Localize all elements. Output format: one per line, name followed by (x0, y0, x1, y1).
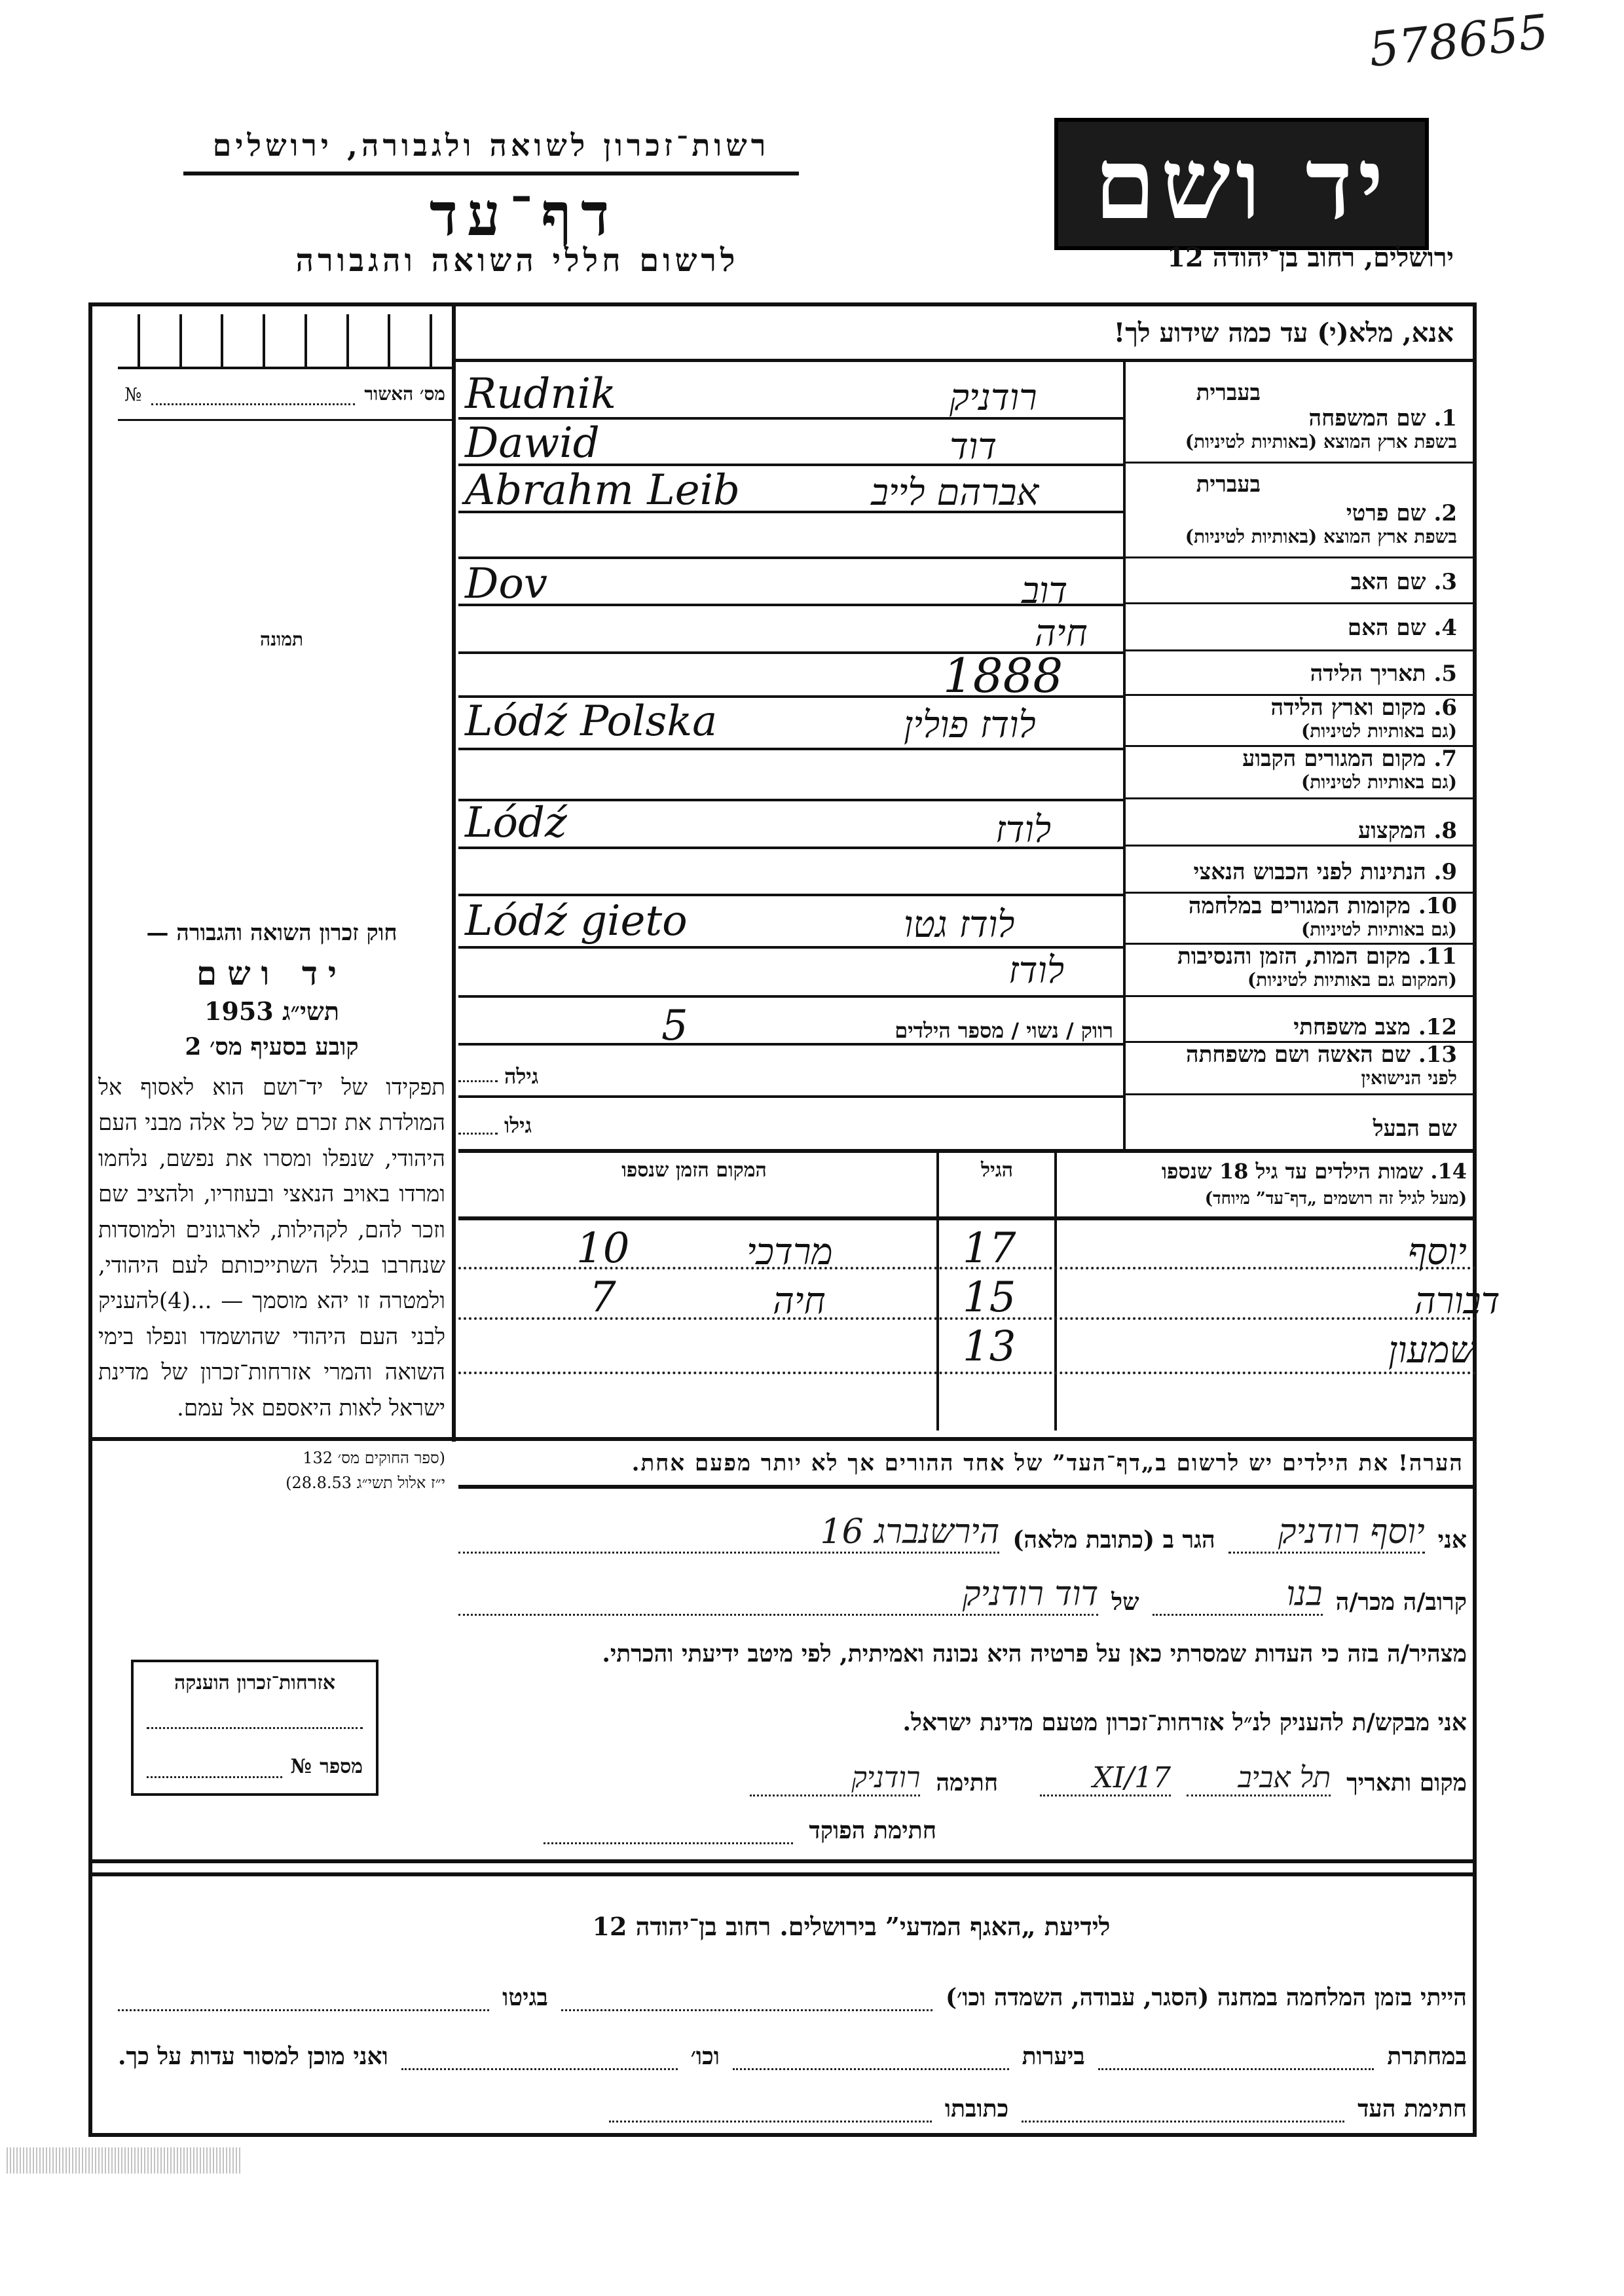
row-line (458, 1095, 1123, 1098)
field-number: 2. (1433, 500, 1457, 526)
row-line (458, 748, 1123, 750)
children-table-title: 14. שמות הילדים עד גיל 18 שנספו (מעל לגי… (1061, 1159, 1467, 1209)
declarant-prefix: אני (1438, 1526, 1467, 1554)
field-label-text: תאריך הלידה (1310, 661, 1426, 687)
row-line (458, 894, 1123, 896)
ghetto-label: בגיטו (502, 1984, 548, 2011)
row-line (458, 1372, 1477, 1374)
row-line (458, 556, 1123, 559)
row-line (458, 604, 1123, 606)
stamp-number-field[interactable] (147, 1763, 282, 1778)
place-date-row: מקום ותאריך תל אביב 17/XI חתימה רודניק (458, 1761, 1467, 1796)
divider (118, 419, 452, 421)
approval-number-field[interactable] (151, 384, 356, 405)
address-label: הגר ב (כתובת מלאה) (1012, 1526, 1215, 1554)
law-reference: (ספר החוקים מס׳ 132 י״ז אלול תשי״ג 28.8.… (98, 1446, 445, 1496)
child-1-place[interactable]: מרדכי (747, 1231, 833, 1273)
etc-label: וכו׳ (691, 2043, 720, 2070)
photo-area[interactable] (118, 426, 445, 903)
law-reference-line: י״ז אלול תשי״ג 28.8.53) (98, 1470, 445, 1495)
field-6-label: 6. מקום וארץ הלידה (גם באותיות לטיניות) (1130, 695, 1457, 742)
reference-number: 578655 (1366, 4, 1551, 77)
field-number: 12. (1418, 1014, 1457, 1040)
forests-label: ביערות (1022, 2043, 1085, 2070)
divider (936, 1149, 939, 1430)
divider (456, 359, 1477, 362)
request-text: אני מבקש/ת להעניק לנ״ל אזרחות־זכרון מטעם… (458, 1709, 1467, 1736)
field-label-text: שם פרטי (1346, 500, 1426, 526)
relation-label: קרוב/ה מכר/ה (1336, 1588, 1467, 1616)
field-number: 13. (1418, 1042, 1457, 1068)
number-symbol: № (124, 384, 142, 405)
address: ירושלים, רחוב בן־יהודה 12 (1061, 242, 1454, 273)
declarant-row: אני יוסף רודניק הגר ב (כתובת מלאה) הירשנ… (458, 1512, 1467, 1554)
divider (458, 1485, 1477, 1489)
law-year: תשי״ג 1953 (98, 996, 445, 1027)
field-9-label: 9. הנתינות לפני הכבוש הנאצי (1130, 860, 1457, 885)
divider (88, 1859, 1477, 1863)
digit-divider (221, 314, 223, 367)
place-field[interactable]: תל אביב (1187, 1761, 1331, 1796)
witness-underground-row: במחתרת ביערות וכו׳ ואני מוכן למסור עדות … (118, 2043, 1467, 2070)
officer-signature-field[interactable] (544, 1819, 793, 1844)
digit-divider (304, 314, 307, 367)
divider (1126, 995, 1473, 997)
profession-field[interactable] (458, 848, 1123, 887)
child-1-age[interactable]: 17 (963, 1224, 1016, 1273)
field-number: 5. (1433, 661, 1457, 687)
birthplace-hebrew-value[interactable]: לודז פולין (904, 704, 1036, 746)
field-number: 10. (1418, 893, 1457, 919)
field-number: 4. (1433, 615, 1457, 641)
field-sublabel: (המקום גם באותיות לטיניות) (1130, 970, 1457, 991)
field-label-text: שם הבעל (1373, 1116, 1457, 1142)
stamp-number-label: מספר (320, 1755, 363, 1778)
ghetto-field[interactable] (118, 1990, 489, 2011)
witness-camp-row: הייתי בזמן המלחמה במחנה (הסגר, עבודה, הש… (118, 1984, 1467, 2011)
child-3-name[interactable]: שמעון (1388, 1329, 1475, 1372)
field-label-text: המקצוע (1358, 818, 1426, 844)
stamp-box-title: אזרחות־זכרון הוענקה (134, 1671, 376, 1694)
child-3-age[interactable]: 13 (963, 1322, 1016, 1371)
children-title-text: 14. שמות הילדים עד גיל 18 שנספו (1061, 1159, 1467, 1184)
camp-label: הייתי בזמן המלחמה במחנה (הסגר, עבודה, הש… (946, 1984, 1467, 2011)
field-label-text: שם המשפחה (1309, 405, 1426, 431)
divider (118, 367, 452, 369)
approval-number-row: № מס׳ האשור (124, 383, 445, 405)
column-header-age: הגיל (943, 1159, 1051, 1182)
child-2-age[interactable]: 15 (963, 1273, 1016, 1322)
digit-divider (388, 314, 390, 367)
field-3-label: 3. שם האב (1130, 570, 1457, 595)
officer-signature-label: חתימת הפוקד (809, 1817, 936, 1844)
digit-divider (138, 314, 140, 367)
first-name-hebrew-value[interactable]: דוד (950, 426, 997, 468)
date-field[interactable]: 17/XI (1040, 1761, 1171, 1796)
place-date-label: מקום ותאריך (1346, 1769, 1467, 1796)
field-number: 11. (1418, 943, 1457, 970)
divider (1126, 462, 1473, 464)
scan-artifact (7, 2147, 242, 2174)
child-1-name[interactable]: יוסף (1408, 1231, 1467, 1273)
witness-address-label: כתובתו (945, 2095, 1008, 2123)
field-4-label: 4. שם האם (1130, 615, 1457, 641)
approval-number-label: מס׳ האשור (364, 383, 445, 405)
field-sublabel: בשפת ארץ המוצא (באותיות לטיניות) (1130, 526, 1457, 547)
field-sublabel: (גם באותיות לטיניות) (1130, 721, 1457, 742)
stamp-number-row: מספר № (134, 1729, 376, 1778)
wartime-residence-hebrew-value[interactable]: לודז גטו (904, 903, 1014, 946)
first-name-2-hebrew-value[interactable]: אברהם לייב (871, 471, 1039, 514)
wartime-residence-latin-value[interactable]: Lódź gieto (465, 897, 688, 945)
law-panel: חוק זכרון השואה והגבורה — יד ושם תשי״ג 1… (98, 920, 445, 1496)
form-title: דף־עד (393, 180, 655, 249)
field-1-label: 1. שם המשפחה בשפת ארץ המוצא (באותיות לטי… (1130, 406, 1457, 452)
field-number: 7. (1433, 746, 1457, 772)
digit-divider (346, 314, 349, 367)
citizenship-stamp-box: אזרחות־זכרון הוענקה מספר № (131, 1660, 378, 1796)
field-12-label: 12. מצב משפחתי (1130, 1015, 1457, 1040)
field-label-text: מקומות המגורים במלחמה (1189, 893, 1411, 919)
forests-field[interactable] (733, 2049, 1009, 2070)
signature-field[interactable]: רודניק (750, 1761, 920, 1796)
field-number: 8. (1433, 818, 1457, 844)
field-10-label: 10. מקומות המגורים במלחמה (גם באותיות לט… (1130, 894, 1457, 940)
row-line (458, 511, 1123, 513)
death-place-hebrew-value[interactable]: לודז (1008, 949, 1064, 992)
field-sublabel: בשפת ארץ המוצא (באותיות לטיניות) (1130, 431, 1457, 452)
first-name-2-latin-value[interactable]: Abrahm Leib (465, 466, 740, 515)
field-8-label: 8. המקצוע (1130, 818, 1457, 844)
field-label-text: שם האב (1351, 569, 1426, 595)
etc-field[interactable] (401, 2049, 678, 2070)
field-label-text: מקום וארץ הלידה (1270, 695, 1426, 721)
digit-divider (430, 314, 432, 367)
law-reference-line: (ספר החוקים מס׳ 132 (98, 1446, 445, 1470)
underground-field[interactable] (1098, 2049, 1375, 2070)
first-name-latin-value[interactable]: Dawid (465, 419, 600, 467)
law-title: חוק זכרון השואה והגבורה — (98, 920, 445, 946)
affirmation-text: מצהיר/ה בזה כי העדות שמסרתי כאן על פרטיה… (458, 1640, 1467, 1667)
instruction-text: אנא, מלא(י) עד כמה שידוע לך! (1113, 318, 1454, 348)
surname-hebrew-value[interactable]: רודניק (950, 376, 1037, 419)
residence-hebrew-value[interactable]: לודז (995, 809, 1051, 851)
column-header-place-time: המקום הזמן שנספו (458, 1159, 930, 1182)
form-subtitle: לרשום חללי השואה והגבורה (249, 242, 786, 279)
note-bar: הערה! את הילדים יש לרשום ב„דף־העד” של אח… (458, 1440, 1477, 1486)
field-label-text: שם האם (1348, 615, 1426, 641)
officer-signature-row: חתימת הפוקד (544, 1817, 936, 1844)
child-2-place[interactable]: חיה (773, 1280, 826, 1322)
field-2-hint: בעברית (1130, 471, 1457, 498)
divider (458, 1216, 1477, 1220)
birthplace-latin-value[interactable]: Lódź Polska (465, 697, 717, 746)
relation-field[interactable]: בנו (1153, 1575, 1323, 1616)
witness-signature-row: חתימת העד כתובתו (609, 2095, 1467, 2123)
father-name-latin-value[interactable]: Dov (465, 560, 547, 608)
field-label-text: שם האשה ושם משפחתה (1186, 1042, 1411, 1068)
logo-text: יד ושם (1094, 126, 1389, 242)
residence-latin-value[interactable]: Lódź (465, 799, 567, 847)
declarant-address-field[interactable]: הירשנברג 16 (458, 1512, 999, 1554)
children-subtitle-text: (מעל לגיל זה רושמים „דף־עד” מיוחד) (1061, 1189, 1467, 1209)
row-line (458, 1043, 1123, 1046)
stamp-line[interactable] (147, 1721, 363, 1729)
husband-age-label: גילו (504, 1113, 532, 1138)
marital-status-options[interactable]: רווק / נשוי / מספר הילדים (720, 1018, 1113, 1043)
law-section: קובע בסעיף מס׳ 2 (98, 1033, 445, 1061)
field-number: 1. (1433, 405, 1457, 431)
field-number: 3. (1433, 569, 1457, 595)
of-label: של (1111, 1588, 1139, 1616)
signature-label: חתימה (936, 1769, 998, 1796)
husband-name-label: שם הבעל (1130, 1116, 1457, 1142)
field-1-hint: בעברית (1130, 380, 1457, 406)
field-number: 9. (1433, 859, 1457, 885)
digit-divider (179, 314, 182, 367)
divider (458, 1149, 1477, 1153)
divider (1126, 797, 1473, 799)
field-label-text: הנתינות לפני הכבוש הנאצי (1194, 859, 1426, 885)
surname-latin-value[interactable]: Rudnik (465, 370, 616, 418)
note-text: הערה! את הילדים יש לרשום ב„דף־העד” של אח… (458, 1450, 1477, 1476)
field-label-text: מקום המגורים הקבוע (1242, 746, 1426, 772)
field-13-label: 13. שם האשה ושם משפחתה לפני הנישואין (1130, 1042, 1457, 1089)
row-line (458, 995, 1123, 998)
willing-to-testify: ואני מוכן למסור עדות על כך. (118, 2043, 388, 2070)
number-symbol: № (290, 1755, 312, 1778)
child-1-time[interactable]: 10 (576, 1224, 629, 1273)
relative-name-field[interactable]: דוד רודניק (458, 1575, 1098, 1616)
field-label-text: מצב משפחתי (1293, 1014, 1411, 1040)
field-11-label: 11. מקום המות, הזמן והנסיבות (המקום גם ב… (1130, 944, 1457, 991)
field-sublabel: (גם באותיות לטיניות) (1130, 919, 1457, 940)
child-2-name[interactable]: דבורה (1414, 1280, 1500, 1322)
divider (1126, 845, 1473, 847)
law-body: תפקידו של יד־ושם הוא לאסוף אל המולדת את … (98, 1070, 445, 1426)
field-label-text: מקום המות, הזמן והנסיבות (1177, 943, 1411, 970)
camp-field[interactable] (561, 1990, 932, 2011)
relation-row: קרוב/ה מכר/ה בנו של דוד רודניק (458, 1575, 1467, 1616)
underground-label: במחתרת (1387, 2043, 1467, 2070)
divider (452, 302, 456, 1442)
field-5-label: 5. תאריך הלידה (1130, 661, 1457, 687)
witness-signature-field[interactable] (1022, 2101, 1344, 2123)
witness-signature-label: חתימת העד (1357, 2095, 1467, 2123)
declarant-name-field[interactable]: יוסף רודניק (1228, 1512, 1425, 1554)
field-2-label: 2. שם פרטי בשפת ארץ המוצא (באותיות לטיני… (1130, 501, 1457, 547)
wife-age-field[interactable] (458, 1080, 498, 1082)
footer-title: לידיעת „האגף המדעי” בירושלים. רחוב בן־יה… (458, 1912, 1244, 1942)
law-name: יד ושם (98, 954, 445, 993)
field-sublabel: (גם באותיות לטיניות) (1130, 772, 1457, 793)
divider (1123, 362, 1126, 1151)
digit-divider (263, 314, 265, 367)
field-sublabel: לפני הנישואין (1130, 1068, 1457, 1089)
witness-address-field[interactable] (609, 2101, 932, 2123)
divider (1126, 649, 1473, 651)
wife-age-label: גילה (504, 1064, 538, 1089)
authority-title: רשות־זכרון לשואה ולגבורה, ירושלים (183, 128, 799, 163)
divider (88, 1872, 1477, 1876)
field-number: 6. (1433, 695, 1457, 721)
husband-age-field[interactable] (458, 1133, 498, 1135)
digit-boxes[interactable] (118, 314, 452, 367)
divider (1126, 602, 1473, 604)
divider (1126, 1093, 1473, 1095)
yad-vashem-logo: יד ושם (1054, 118, 1429, 250)
field-7-label: 7. מקום המגורים הקבוע (גם באותיות לטיניו… (1130, 746, 1457, 793)
divider (1054, 1149, 1057, 1430)
divider (183, 172, 799, 175)
divider (1126, 556, 1473, 558)
child-2-time[interactable]: 7 (589, 1273, 616, 1322)
row-line (458, 946, 1123, 949)
